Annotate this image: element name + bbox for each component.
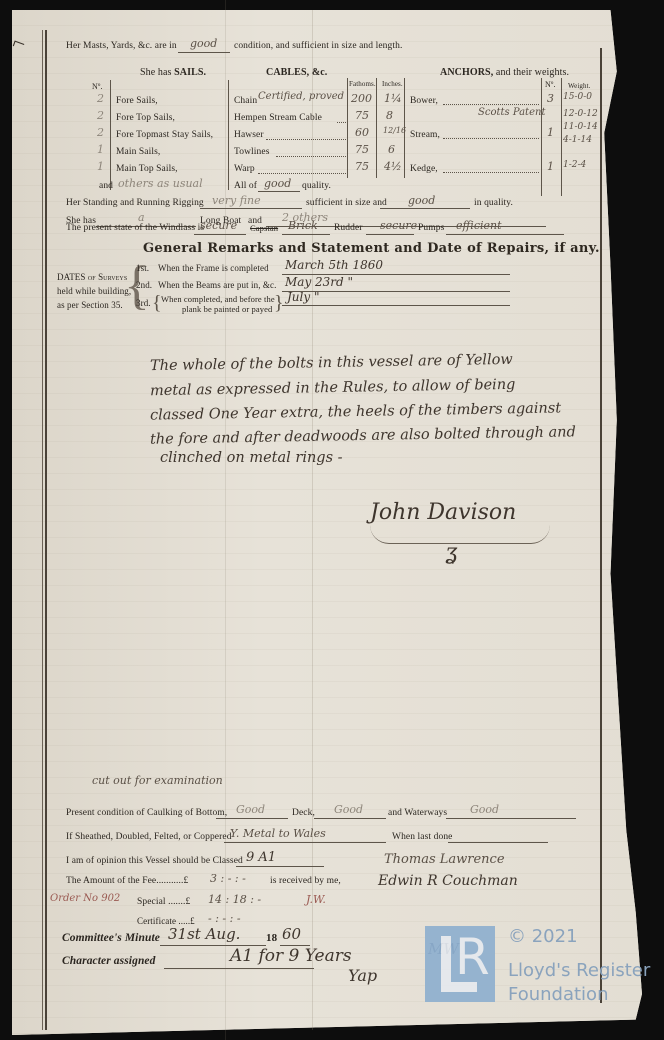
special-prefix: Special .......£ <box>137 897 190 907</box>
anchor-no: 3 <box>547 92 554 105</box>
cable-label: Chain <box>234 96 257 106</box>
inches-header: Inches. <box>382 80 403 88</box>
cable-fathoms: 200 <box>351 92 372 105</box>
sails-no-header: Nº. <box>92 82 103 91</box>
anchor-no: 1 <box>547 126 554 139</box>
dot-leader <box>337 122 346 123</box>
dot-leader <box>443 138 539 139</box>
sails-and-value: others as usual <box>118 177 203 190</box>
all-of-prefix: All of <box>234 181 257 191</box>
special-initials: J.W. <box>306 893 326 906</box>
sheathed-value: Y. Metal to Wales <box>230 827 326 840</box>
opinion-class-value: 9 A1 <box>246 850 276 865</box>
committee-year-prefix: 18 <box>266 932 277 944</box>
survey-label: When the Frame is completed <box>158 263 269 273</box>
surveyor-signature-2: Edwin R Couchman <box>378 873 518 889</box>
dot-leader <box>443 104 539 105</box>
cable-inches: 8 <box>386 109 393 122</box>
cable-label: Warp <box>234 164 255 174</box>
cable-fathoms: 75 <box>355 160 369 173</box>
character-assigned-extra: Yap <box>348 966 377 985</box>
surveyor-signature-1: Thomas Lawrence <box>384 852 505 867</box>
sails-title-bold: SAILS. <box>174 67 206 78</box>
frame-border <box>45 30 47 1030</box>
cable-label: Hawser <box>234 130 264 140</box>
anchor-note: Scotts Patent <box>478 107 545 118</box>
all-of-suffix: quality. <box>302 181 331 191</box>
cable-fathoms: 75 <box>355 143 369 156</box>
committee-minute-label: Committee's Minute <box>62 932 160 944</box>
caulking-prefix: Present condition of Caulking of Bottom, <box>66 808 227 818</box>
sails-no: 2 <box>97 109 104 122</box>
masts-underline <box>178 52 230 53</box>
anchor-label: Stream, <box>410 130 440 140</box>
pumps-value: efficient <box>456 219 502 232</box>
capstan-struck: Capstan <box>250 223 278 233</box>
frame-border <box>42 30 43 1030</box>
remarks-heading: General Remarks and Statement and Date o… <box>143 241 600 256</box>
rigging-quality-underline <box>380 208 470 209</box>
character-assigned-label: Character assigned <box>62 955 156 967</box>
deck-label: Deck, <box>292 808 315 818</box>
capstan-value: Brick <box>288 219 318 232</box>
survey-ordinal: 3rd. <box>136 298 151 308</box>
sails-label: Fore Top Sails, <box>116 113 175 123</box>
signature-flourish <box>370 525 550 544</box>
masts-value: good <box>190 37 217 50</box>
remarks-handwritten-line: clinched on metal rings - <box>160 450 343 466</box>
survey-label: When the Beams are put in, &c. <box>158 280 276 290</box>
cables-title-text: CABLES, &c. <box>266 67 327 78</box>
fee-suffix: is received by me, <box>270 876 341 886</box>
capstan-underline <box>282 234 330 235</box>
survey-brace: } <box>274 293 284 313</box>
cable-fathoms: 60 <box>355 126 369 139</box>
sails-title: She has SAILS. <box>140 67 206 78</box>
windlass-value: secure <box>200 219 237 232</box>
committee-year-value: 60 <box>282 925 301 943</box>
survey-date: May 23rd " <box>285 275 353 289</box>
lloyds-register-logo: R <box>425 926 495 1002</box>
sails-no: 1 <box>97 143 104 156</box>
surveyor-signature: John Davison <box>370 500 516 525</box>
frame-border <box>600 48 602 1003</box>
cable-fathoms: 75 <box>355 109 369 122</box>
all-of-value: good <box>264 177 291 190</box>
signature-flourish-loop: ʓ <box>445 540 457 565</box>
watermark-org-line-2: Foundation <box>508 984 608 1005</box>
survey-label-2: plank be painted or payed <box>182 304 272 314</box>
fathoms-header: Fathoms. <box>349 80 376 88</box>
dot-leader <box>276 156 346 157</box>
rigging-prefix: Her Standing and Running Rigging <box>66 198 204 208</box>
sails-label: Fore Topmast Stay Sails, <box>116 130 213 140</box>
masts-suffix: condition, and sufficient in size and le… <box>234 41 402 51</box>
logo-letter-r: R <box>455 932 490 982</box>
sails-no: 2 <box>97 92 104 105</box>
waterways-value: Good <box>470 803 499 816</box>
anchor-weight: 1-2-4 <box>563 160 586 170</box>
rigging-value: very fine <box>212 194 261 207</box>
dates-label-2: held while building, <box>57 286 131 296</box>
anchors-weight-header: Weight. <box>568 82 591 90</box>
anchor-weight: 15-0-0 <box>563 92 592 102</box>
dates-label-1: DATES of Surveys <box>57 272 127 282</box>
deck-value: Good <box>334 803 363 816</box>
survey-date: July " <box>287 290 320 304</box>
order-number-note: Order No 902 <box>50 893 120 904</box>
rudder-value: secure <box>380 219 417 232</box>
survey-ordinal: 1st. <box>136 263 149 273</box>
dot-leader <box>258 173 346 174</box>
inches-divider <box>376 78 377 178</box>
sails-no: 2 <box>97 126 104 139</box>
windlass-underline <box>194 234 246 235</box>
anchors-no-header: Nº. <box>545 80 556 89</box>
anchor-weight: 12-0-12 <box>563 109 598 119</box>
anchor-label: Bower, <box>410 96 438 106</box>
deck-underline <box>314 818 386 819</box>
dates-label-3: as per Section 35. <box>57 300 123 310</box>
cables-left-divider <box>228 80 229 190</box>
rigging-quality-value: good <box>408 194 435 207</box>
certificate-value: - : - : - <box>208 912 241 925</box>
survey-date: March 5th 1860 <box>285 258 383 272</box>
rigging-mid: sufficient in size and <box>306 198 387 208</box>
masts-prefix: Her Masts, Yards, &c. are in <box>66 41 177 51</box>
character-assigned-value: A1 for 9 Years <box>230 946 352 966</box>
watermark-org-line-1: Lloyd's Register <box>508 960 650 981</box>
sails-label: Main Sails, <box>116 147 160 157</box>
cable-inches: 1¼ <box>384 92 402 105</box>
sails-label: Fore Sails, <box>116 96 158 106</box>
cable-note: Certified, proved <box>258 91 344 102</box>
windlass-prefix: The present state of the Windlass is <box>66 223 204 233</box>
rudder-underline <box>366 234 414 235</box>
character-assigned-underline <box>164 968 314 969</box>
last-done-underline <box>448 842 548 843</box>
sails-and-label: and <box>99 181 113 191</box>
sails-label: Main Top Sails, <box>116 164 178 174</box>
fee-value: 3 : - : - <box>210 872 246 885</box>
committee-minute-value: 31st Aug. <box>168 925 240 943</box>
pumps-label: Pumps <box>418 223 444 233</box>
sails-no: 1 <box>97 160 104 173</box>
opinion-prefix: I am of opinion this Vessel should be Cl… <box>66 856 243 866</box>
survey-underline <box>282 305 510 306</box>
anchor-weight: 4-1-14 <box>563 135 592 145</box>
special-value: 14 : 18 : - <box>208 893 261 906</box>
all-of-underline <box>258 191 300 192</box>
cable-label: Hempen Stream Cable <box>234 113 322 123</box>
rigging-suffix: in quality. <box>474 198 513 208</box>
caulking-underline <box>216 818 288 819</box>
last-done-label: When last done <box>392 832 453 842</box>
cable-inches: 4½ <box>384 160 402 173</box>
anchors-weight-divider <box>561 78 562 196</box>
anchors-title-bold: ANCHORS, <box>440 67 493 78</box>
anchors-no-divider <box>541 78 542 196</box>
waterways-underline <box>446 818 576 819</box>
rudder-label: Rudder <box>334 223 363 233</box>
anchor-label: Kedge, <box>410 164 438 174</box>
rigging-underline <box>200 208 302 209</box>
cable-inches: 6 <box>388 143 395 156</box>
survey-label-1: When completed, and before the <box>161 294 275 304</box>
caulking-value: Good <box>236 803 265 816</box>
cable-label: Towlines <box>234 147 270 157</box>
anchors-title: ANCHORS, and their weights. <box>440 67 569 78</box>
sails-title-prefix: She has <box>140 67 172 78</box>
anchor-no: 1 <box>547 160 554 173</box>
dot-leader <box>266 139 346 140</box>
fee-prefix: The Amount of the Fee...........£ <box>66 876 188 886</box>
waterways-label: and Waterways <box>388 808 447 818</box>
survey-ordinal: 2nd. <box>136 280 152 290</box>
opinion-underline <box>236 866 324 867</box>
cables-title: CABLES, &c. <box>266 67 327 78</box>
cable-inches: 12/16 <box>383 126 406 135</box>
anchor-weight: 11-0-14 <box>563 122 598 132</box>
watermark-copyright: © 2021 <box>508 926 578 947</box>
sheathed-prefix: If Sheathed, Doubled, Felted, or Coppere… <box>66 832 232 842</box>
pumps-underline <box>446 234 564 235</box>
dot-leader <box>443 172 539 173</box>
sails-column-divider <box>110 80 111 190</box>
anchors-title-rest: and their weights. <box>496 67 569 78</box>
fathoms-divider <box>347 78 348 178</box>
survey-annotation: cut out for examination <box>92 774 223 787</box>
sheathed-underline <box>224 842 386 843</box>
